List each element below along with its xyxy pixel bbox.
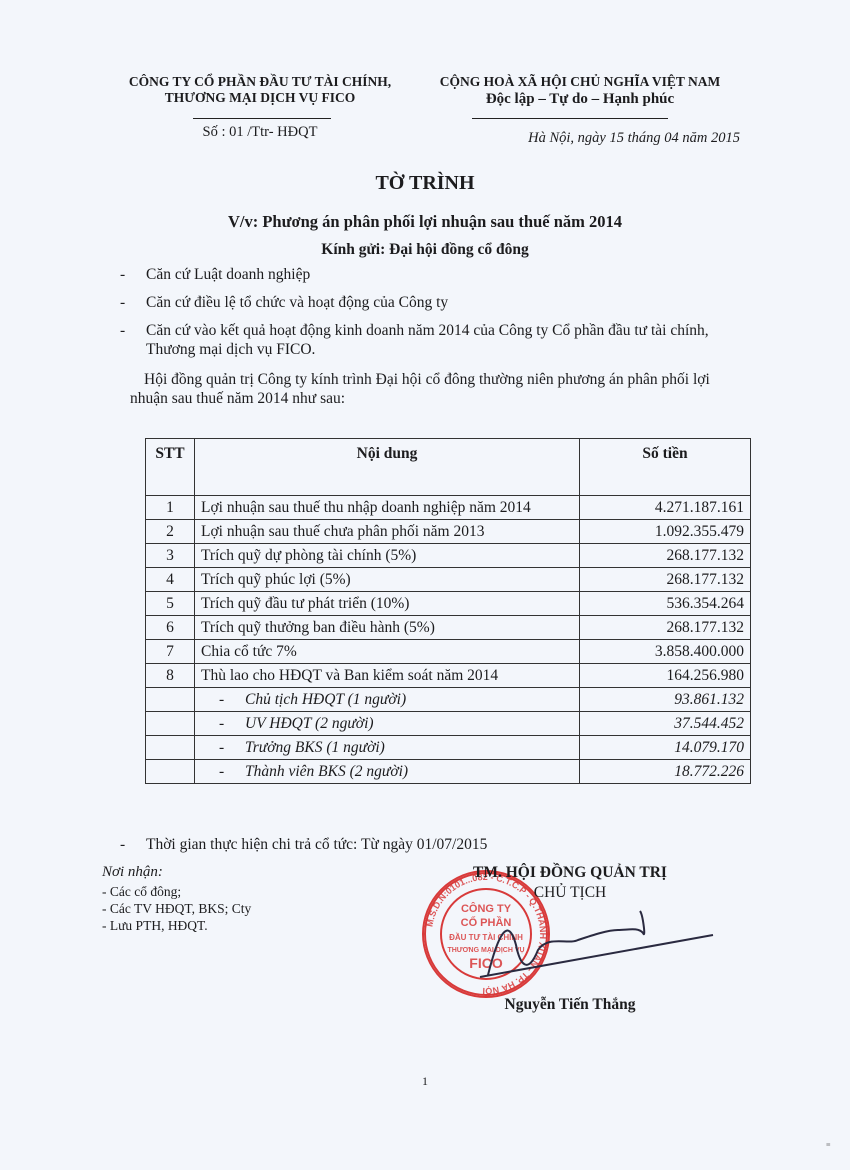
recipient-item: - Các cổ đông; bbox=[102, 883, 251, 900]
row-amount: 536.354.264 bbox=[580, 592, 751, 616]
table-row: 4Trích quỹ phúc lợi (5%)268.177.132 bbox=[146, 568, 751, 592]
row-amount: 1.092.355.479 bbox=[580, 520, 751, 544]
subrow-content: -UV HĐQT (2 người) bbox=[195, 712, 580, 736]
bullet-dash: - bbox=[219, 763, 245, 781]
row-amount: 268.177.132 bbox=[580, 544, 751, 568]
basis-text: Căn cứ vào kết quả hoạt động kinh doanh … bbox=[146, 321, 760, 359]
bullet-dash: - bbox=[219, 739, 245, 757]
recipient-item: - Lưu PTH, HĐQT. bbox=[102, 917, 251, 934]
basis-item: - Căn cứ vào kết quả hoạt động kinh doan… bbox=[120, 321, 760, 359]
row-amount: 268.177.132 bbox=[580, 568, 751, 592]
nation-name: CỘNG HOÀ XÃ HỘI CHỦ NGHĨA VIỆT NAM bbox=[410, 74, 750, 90]
table-subrow: -Trưởng BKS (1 người)14.079.170 bbox=[146, 736, 751, 760]
subrow-amount: 18.772.226 bbox=[580, 760, 751, 784]
bullet-dash: - bbox=[120, 321, 146, 359]
recipients-label: Nơi nhận: bbox=[102, 864, 251, 881]
row-stt: 4 bbox=[146, 568, 195, 592]
row-stt: 1 bbox=[146, 496, 195, 520]
row-content: Trích quỹ phúc lợi (5%) bbox=[195, 568, 580, 592]
subrow-amount: 37.544.452 bbox=[580, 712, 751, 736]
subrow-label: UV HĐQT (2 người) bbox=[245, 715, 374, 732]
row-content: Chia cổ tức 7% bbox=[195, 640, 580, 664]
subrow-amount: 93.861.132 bbox=[580, 688, 751, 712]
basis-text: Căn cứ Luật doanh nghiệp bbox=[146, 265, 310, 284]
row-content: Trích quỹ dự phòng tài chính (5%) bbox=[195, 544, 580, 568]
subrow-label: Chủ tịch HĐQT (1 người) bbox=[245, 691, 406, 708]
profit-distribution-table: STT Nội dung Số tiền 1Lợi nhuận sau thuế… bbox=[145, 438, 751, 784]
header-amount: Số tiền bbox=[580, 439, 751, 496]
page-number: 1 bbox=[0, 1074, 850, 1089]
table-header-row: STT Nội dung Số tiền bbox=[146, 439, 751, 496]
bullet-dash: - bbox=[120, 293, 146, 312]
signatory-title: CHỦ TỊCH bbox=[440, 884, 700, 902]
table-row: 2Lợi nhuận sau thuế chưa phân phối năm 2… bbox=[146, 520, 751, 544]
row-content: Trích quỹ đầu tư phát triển (10%) bbox=[195, 592, 580, 616]
basis-item: - Căn cứ điều lệ tổ chức và hoạt động củ… bbox=[120, 293, 760, 312]
row-content: Thù lao cho HĐQT và Ban kiểm soát năm 20… bbox=[195, 664, 580, 688]
subrow-content: -Chủ tịch HĐQT (1 người) bbox=[195, 688, 580, 712]
dividend-payment-time: -Thời gian thực hiện chi trả cổ tức: Từ … bbox=[120, 836, 487, 854]
table-subrow: -Thành viên BKS (2 người)18.772.226 bbox=[146, 760, 751, 784]
signatory-organization: TM. HỘI ĐỒNG QUẢN TRỊ bbox=[440, 864, 700, 882]
table-subrow: -UV HĐQT (2 người)37.544.452 bbox=[146, 712, 751, 736]
document-title: TỜ TRÌNH bbox=[0, 172, 850, 195]
subrow-content: -Thành viên BKS (2 người) bbox=[195, 760, 580, 784]
row-stt: 3 bbox=[146, 544, 195, 568]
legal-basis-list: - Căn cứ Luật doanh nghiệp - Căn cứ điều… bbox=[120, 265, 760, 368]
header-content: Nội dung bbox=[195, 439, 580, 496]
row-stt: 6 bbox=[146, 616, 195, 640]
national-header: CỘNG HOÀ XÃ HỘI CHỦ NGHĨA VIỆT NAM Độc l… bbox=[410, 74, 750, 108]
row-amount: 164.256.980 bbox=[580, 664, 751, 688]
row-stt: 2 bbox=[146, 520, 195, 544]
subrow-content: -Trưởng BKS (1 người) bbox=[195, 736, 580, 760]
row-stt bbox=[146, 736, 195, 760]
table-row: 5Trích quỹ đầu tư phát triển (10%)536.35… bbox=[146, 592, 751, 616]
national-motto: Độc lập – Tự do – Hạnh phúc bbox=[410, 90, 750, 108]
table-subrow: -Chủ tịch HĐQT (1 người)93.861.132 bbox=[146, 688, 751, 712]
company-name-line1: CÔNG TY CỔ PHẦN ĐẦU TƯ TÀI CHÍNH, bbox=[100, 74, 420, 90]
company-divider bbox=[193, 118, 331, 119]
payment-time-text: Thời gian thực hiện chi trả cổ tức: Từ n… bbox=[146, 836, 487, 853]
table-row: 8Thù lao cho HĐQT và Ban kiểm soát năm 2… bbox=[146, 664, 751, 688]
table-row: 7Chia cổ tức 7%3.858.400.000 bbox=[146, 640, 751, 664]
company-name-line2: THƯƠNG MẠI DỊCH VỤ FICO bbox=[100, 90, 420, 106]
signature-icon bbox=[468, 905, 718, 985]
bullet-dash: - bbox=[219, 691, 245, 709]
row-stt: 7 bbox=[146, 640, 195, 664]
addressee: Kính gửi: Đại hội đồng cổ đông bbox=[0, 241, 850, 259]
document-subject: V/v: Phương án phân phối lợi nhuận sau t… bbox=[0, 212, 850, 232]
subrow-amount: 14.079.170 bbox=[580, 736, 751, 760]
row-amount: 268.177.132 bbox=[580, 616, 751, 640]
recipients-block: Nơi nhận: - Các cổ đông; - Các TV HĐQT, … bbox=[102, 864, 251, 934]
row-stt: 5 bbox=[146, 592, 195, 616]
row-stt: 8 bbox=[146, 664, 195, 688]
row-stt bbox=[146, 688, 195, 712]
scan-mark-icon: ≡ bbox=[826, 1140, 834, 1148]
row-content: Lợi nhuận sau thuế chưa phân phối năm 20… bbox=[195, 520, 580, 544]
recipient-item: - Các TV HĐQT, BKS; Cty bbox=[102, 900, 251, 917]
table-row: 3Trích quỹ dự phòng tài chính (5%)268.17… bbox=[146, 544, 751, 568]
signatory-name: Nguyễn Tiến Thắng bbox=[440, 996, 700, 1014]
row-stt bbox=[146, 712, 195, 736]
basis-text: Căn cứ điều lệ tổ chức và hoạt động của … bbox=[146, 293, 448, 312]
row-amount: 3.858.400.000 bbox=[580, 640, 751, 664]
basis-item: - Căn cứ Luật doanh nghiệp bbox=[120, 265, 760, 284]
motto-divider bbox=[472, 118, 668, 119]
header-stt: STT bbox=[146, 439, 195, 496]
place-date: Hà Nội, ngày 15 tháng 04 năm 2015 bbox=[410, 130, 740, 147]
company-name: CÔNG TY CỔ PHẦN ĐẦU TƯ TÀI CHÍNH, THƯƠNG… bbox=[100, 74, 420, 106]
table-row: 6Trích quỹ thưởng ban điều hành (5%)268.… bbox=[146, 616, 751, 640]
document-number: Số : 01 /Ttr- HĐQT bbox=[100, 124, 420, 141]
subrow-label: Thành viên BKS (2 người) bbox=[245, 763, 408, 780]
subrow-label: Trưởng BKS (1 người) bbox=[245, 739, 385, 756]
row-stt bbox=[146, 760, 195, 784]
bullet-dash: - bbox=[219, 715, 245, 733]
bullet-dash: - bbox=[120, 836, 146, 854]
row-content: Trích quỹ thưởng ban điều hành (5%) bbox=[195, 616, 580, 640]
row-amount: 4.271.187.161 bbox=[580, 496, 751, 520]
table-row: 1Lợi nhuận sau thuế thu nhập doanh nghiệ… bbox=[146, 496, 751, 520]
row-content: Lợi nhuận sau thuế thu nhập doanh nghiệp… bbox=[195, 496, 580, 520]
intro-paragraph: Hội đồng quản trị Công ty kính trình Đại… bbox=[130, 370, 750, 408]
bullet-dash: - bbox=[120, 265, 146, 284]
